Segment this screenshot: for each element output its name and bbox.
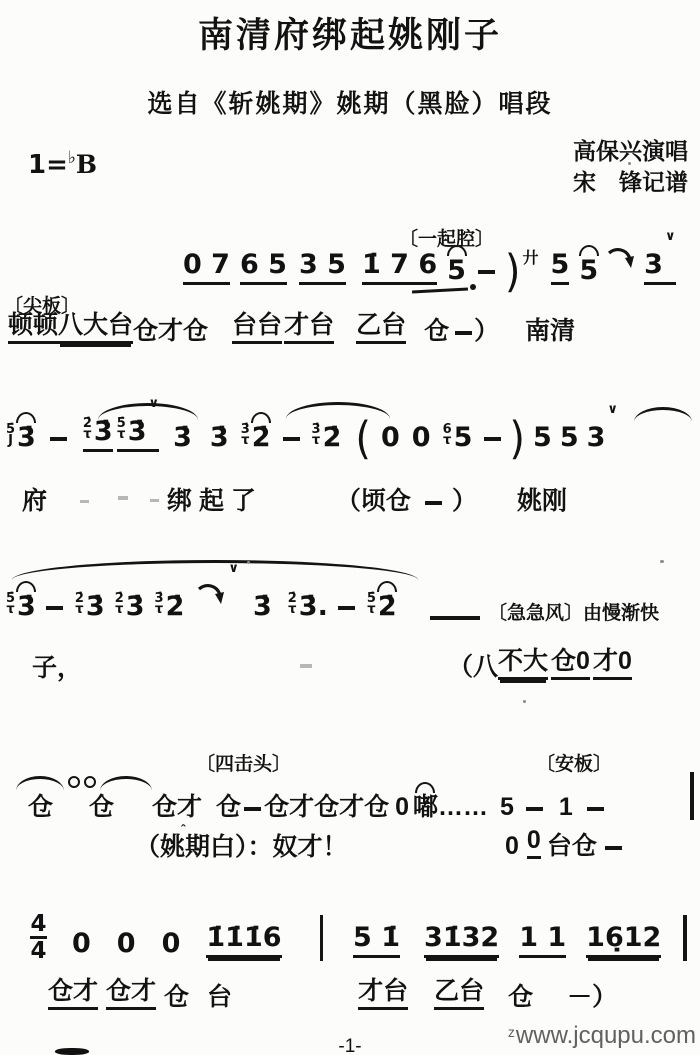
note-token: 5̇τ3̇: [6, 593, 36, 621]
percussion-token: 嘟: [413, 794, 438, 820]
lyric-token: －）: [567, 984, 617, 1010]
dash-note: [283, 437, 300, 442]
note-token: 2̇τ3̇: [75, 593, 105, 621]
percussion-token: 台仓: [547, 833, 597, 859]
curved-arrow-icon: ∨: [196, 583, 239, 609]
lyric-token: 乙台: [434, 978, 484, 1010]
note-token: 2̇τ3̇: [83, 418, 113, 452]
curved-arrow-icon: [196, 583, 226, 609]
note-token: 5: [551, 251, 570, 285]
grace-note: 2̇τ: [288, 593, 297, 616]
notes-line-1: 0 76 53 51̇ 7 65)廾553∨: [183, 247, 676, 285]
lyrics-line-1: 顿顿八大台仓才仓台台才台乙台仓）南清: [8, 312, 575, 344]
note-token: [683, 915, 687, 961]
note-token: ): [505, 256, 521, 285]
grace-note: 6τ: [443, 424, 452, 447]
note-token: 5̇J3̇: [6, 424, 36, 452]
percussion-token: 仓才ˆ: [152, 794, 202, 820]
note-token: 3 5: [299, 251, 346, 285]
subtitle: 选自《斩姚期》姚期（黑脸）唱段: [0, 84, 700, 120]
dash-note: [244, 807, 261, 812]
note-token: 廾: [523, 250, 539, 285]
circle-mark: [84, 776, 96, 788]
note-token: 5: [560, 424, 579, 452]
cutoff-glyph: [55, 1048, 89, 1055]
grace-note: 2̇τ: [115, 593, 124, 616]
dash-note: [526, 807, 543, 812]
grace-note: 2̇τ: [75, 593, 84, 616]
note-token: 3∨: [587, 424, 618, 452]
barline: [690, 772, 694, 820]
percussion-token: 5: [500, 794, 514, 820]
lyric-token: 仓: [164, 984, 189, 1010]
note-token: 5̇τ2̇: [367, 593, 397, 621]
slur-arc: [286, 402, 390, 419]
flat-icon: ♭: [68, 148, 76, 168]
percussion-token: 仓才仓才仓: [264, 794, 389, 820]
note-token: 0: [72, 930, 91, 958]
phrase-slur-arc: [12, 560, 418, 580]
lyric-token: 南清: [525, 318, 575, 344]
lyrics-line-3-right: （八不大仓0才0: [448, 648, 632, 680]
note-token: ): [509, 423, 525, 452]
dash-note: [478, 270, 495, 275]
notes-line-3: 5̇τ3̇2̇τ3̇2̇τ3̇3̇τ2̇∨3̇2̇τ3̇.5̇τ2̇: [6, 583, 397, 621]
watermark-prefix: z: [508, 1024, 515, 1040]
grace-note: 5̇τ: [367, 593, 376, 616]
note-token: 3̇τ2̇: [155, 593, 185, 621]
percussion-token: 仓: [89, 794, 114, 820]
note-token: 16̣12: [586, 924, 661, 958]
scan-smudge: [300, 664, 312, 668]
note-token: 3̇τ2̇: [312, 424, 342, 452]
lyric-token: 仓0: [551, 648, 590, 680]
note-token: [320, 915, 324, 961]
dash-note: [50, 437, 67, 442]
lyric-token: 仓才: [48, 978, 98, 1010]
watermark-url: www.jcqupu.com: [516, 1022, 696, 1049]
label-sijitou: 〔四击头〕: [196, 749, 291, 776]
lyrics-line-5: 仓才仓才仓台才台乙台仓－）: [48, 978, 617, 1010]
percussion-line: 仓仓仓才ˆ仓仓才仓才仓0嘟……51: [28, 794, 604, 820]
note-token: 6τ5: [443, 424, 473, 452]
dash-note: [338, 606, 355, 611]
note-token: 5 1̇: [353, 924, 400, 958]
lyric-token: 府: [22, 488, 47, 514]
notes-line-2: 5̇J3̇2̇τ3̇5̇τ3̇∨3̇3̇3̇τ2̇3̇τ2̇(006τ5)553…: [6, 418, 618, 452]
lyric-token: ）: [474, 318, 499, 344]
note-token: 31̇32: [424, 924, 499, 958]
lyric-token: 台: [207, 984, 232, 1010]
key-signature: 1=♭B: [28, 150, 97, 180]
lyric-token: 姚刚: [517, 488, 567, 514]
scan-speck: [628, 162, 631, 165]
percussion-token: 仓: [28, 794, 53, 820]
tail-dot: [470, 284, 476, 290]
cymbal-arc-mark: [16, 776, 152, 791]
note-token: 3∨: [644, 251, 675, 285]
dash-note: [425, 501, 442, 506]
lyric-token: 仓: [508, 984, 533, 1010]
lyric-token: 才台: [284, 312, 334, 344]
label-anban: 〔安板〕: [536, 749, 612, 776]
note-token: 2̇τ3̇: [115, 593, 145, 621]
note-token: 0: [412, 424, 431, 452]
lyric-token: 台台: [232, 312, 282, 344]
dash-note: [484, 437, 501, 442]
percussion-token: 0: [527, 827, 541, 859]
note-token: 1 1: [519, 924, 566, 958]
note-token: 0: [162, 930, 181, 958]
grace-note: 3̇τ: [155, 593, 164, 616]
lyric-token: 才0: [593, 648, 632, 680]
note-token: 5: [579, 257, 598, 285]
time-sig-denominator: 4: [30, 941, 46, 961]
underline-tail: [412, 288, 468, 294]
note-token: 1̇ 7 6: [362, 251, 437, 285]
percussion-token: ……: [438, 794, 488, 820]
note-token: 0: [381, 424, 400, 452]
dash-note: [587, 807, 604, 812]
page-title: 南清府绑起姚刚子: [0, 8, 700, 58]
credit-notator: 宋 锋记谱: [573, 167, 688, 198]
percussion-token: 0: [505, 833, 519, 859]
lyric-token: 仓才: [106, 978, 156, 1010]
speech-line-left: （姚期白）：奴才！: [135, 827, 348, 863]
lyric-token: 子，: [32, 648, 82, 684]
slur-arc: [634, 407, 692, 422]
dash-rule: [430, 616, 480, 620]
note-token: 5̇τ3̇∨: [117, 418, 159, 452]
lyric-token: 不大: [498, 648, 548, 680]
key-tonic: 1: [28, 150, 46, 180]
lyric-token: 绑 起 了: [167, 488, 256, 514]
note-token: 0 7: [183, 251, 230, 285]
watermark: zwww.jcqupu.com: [508, 1022, 696, 1050]
percussion-token: 0: [395, 794, 409, 820]
lyric-token: 顿顿: [8, 312, 58, 344]
note-token: 5: [533, 424, 552, 452]
lyric-token: 才台: [358, 978, 408, 1010]
note-token: 3̇: [253, 593, 272, 621]
circle-mark: [68, 776, 80, 788]
scan-speck: [247, 561, 250, 564]
scan-speck: [523, 700, 526, 703]
note-token: 6 5: [240, 251, 287, 285]
equals-sign: =: [46, 150, 68, 180]
lyric-token: ）: [452, 488, 477, 514]
lyric-token: 仓才仓: [133, 318, 208, 344]
note-token: 2̇τ3̇.: [288, 593, 328, 621]
note-token: 5: [447, 257, 466, 285]
speech-text: （姚期白）：奴才！: [135, 827, 348, 863]
scan-speck: [660, 560, 664, 563]
grace-note: 5̇J: [6, 424, 15, 447]
time-signature: 4 4: [30, 914, 47, 961]
lyric-token: （八: [448, 654, 498, 680]
percussion-token: 仓: [216, 794, 241, 820]
lyric-token: 八大台: [58, 312, 133, 344]
note-token: (: [355, 423, 371, 452]
lyrics-line-2: 府绑 起 了（顷仓）姚刚: [22, 488, 567, 514]
lyrics-line-3-left: 子，: [32, 648, 82, 684]
speech-line-right: 00台仓: [505, 827, 622, 859]
grace-note: 3̇τ: [241, 424, 250, 447]
lyric-token: （顷仓: [336, 488, 411, 514]
key-letter: B: [76, 150, 97, 179]
curved-arrow-icon: [606, 247, 636, 273]
note-token: 3̇τ2̇: [241, 424, 271, 452]
note-token: 3̇: [210, 424, 229, 452]
grace-note: 3̇τ: [312, 424, 321, 447]
grace-note: 5̇τ: [6, 593, 15, 616]
percussion-token: 1: [559, 794, 573, 820]
grace-note: 2̇τ: [83, 418, 92, 441]
lyric-token: 仓: [424, 318, 449, 344]
label-tempo: 〔急急风〕由慢渐快: [488, 598, 659, 625]
dash-note: [605, 846, 622, 851]
score-page: 南清府绑起姚刚子 选自《斩姚期》姚期（黑脸）唱段 1=♭B 高保兴演唱 宋 锋记…: [0, 0, 700, 1055]
curved-arrow-icon: [606, 247, 636, 273]
arc-segment: [16, 776, 64, 791]
grace-note: 5̇τ: [117, 418, 126, 441]
note-token: 3̇: [173, 424, 192, 452]
lyric-token: 乙台: [356, 312, 406, 344]
dash-note: [455, 331, 472, 336]
arc-segment: [100, 776, 152, 791]
note-token: 0: [117, 930, 136, 958]
dash-note: [46, 606, 63, 611]
credits: 高保兴演唱 宋 锋记谱: [573, 136, 688, 198]
notes-line-5: 0001̇1̇1̇65 1̇31̇321 116̣12: [72, 915, 687, 958]
note-token: 1̇1̇1̇6: [206, 924, 281, 958]
time-sig-numerator: 4: [30, 914, 46, 934]
